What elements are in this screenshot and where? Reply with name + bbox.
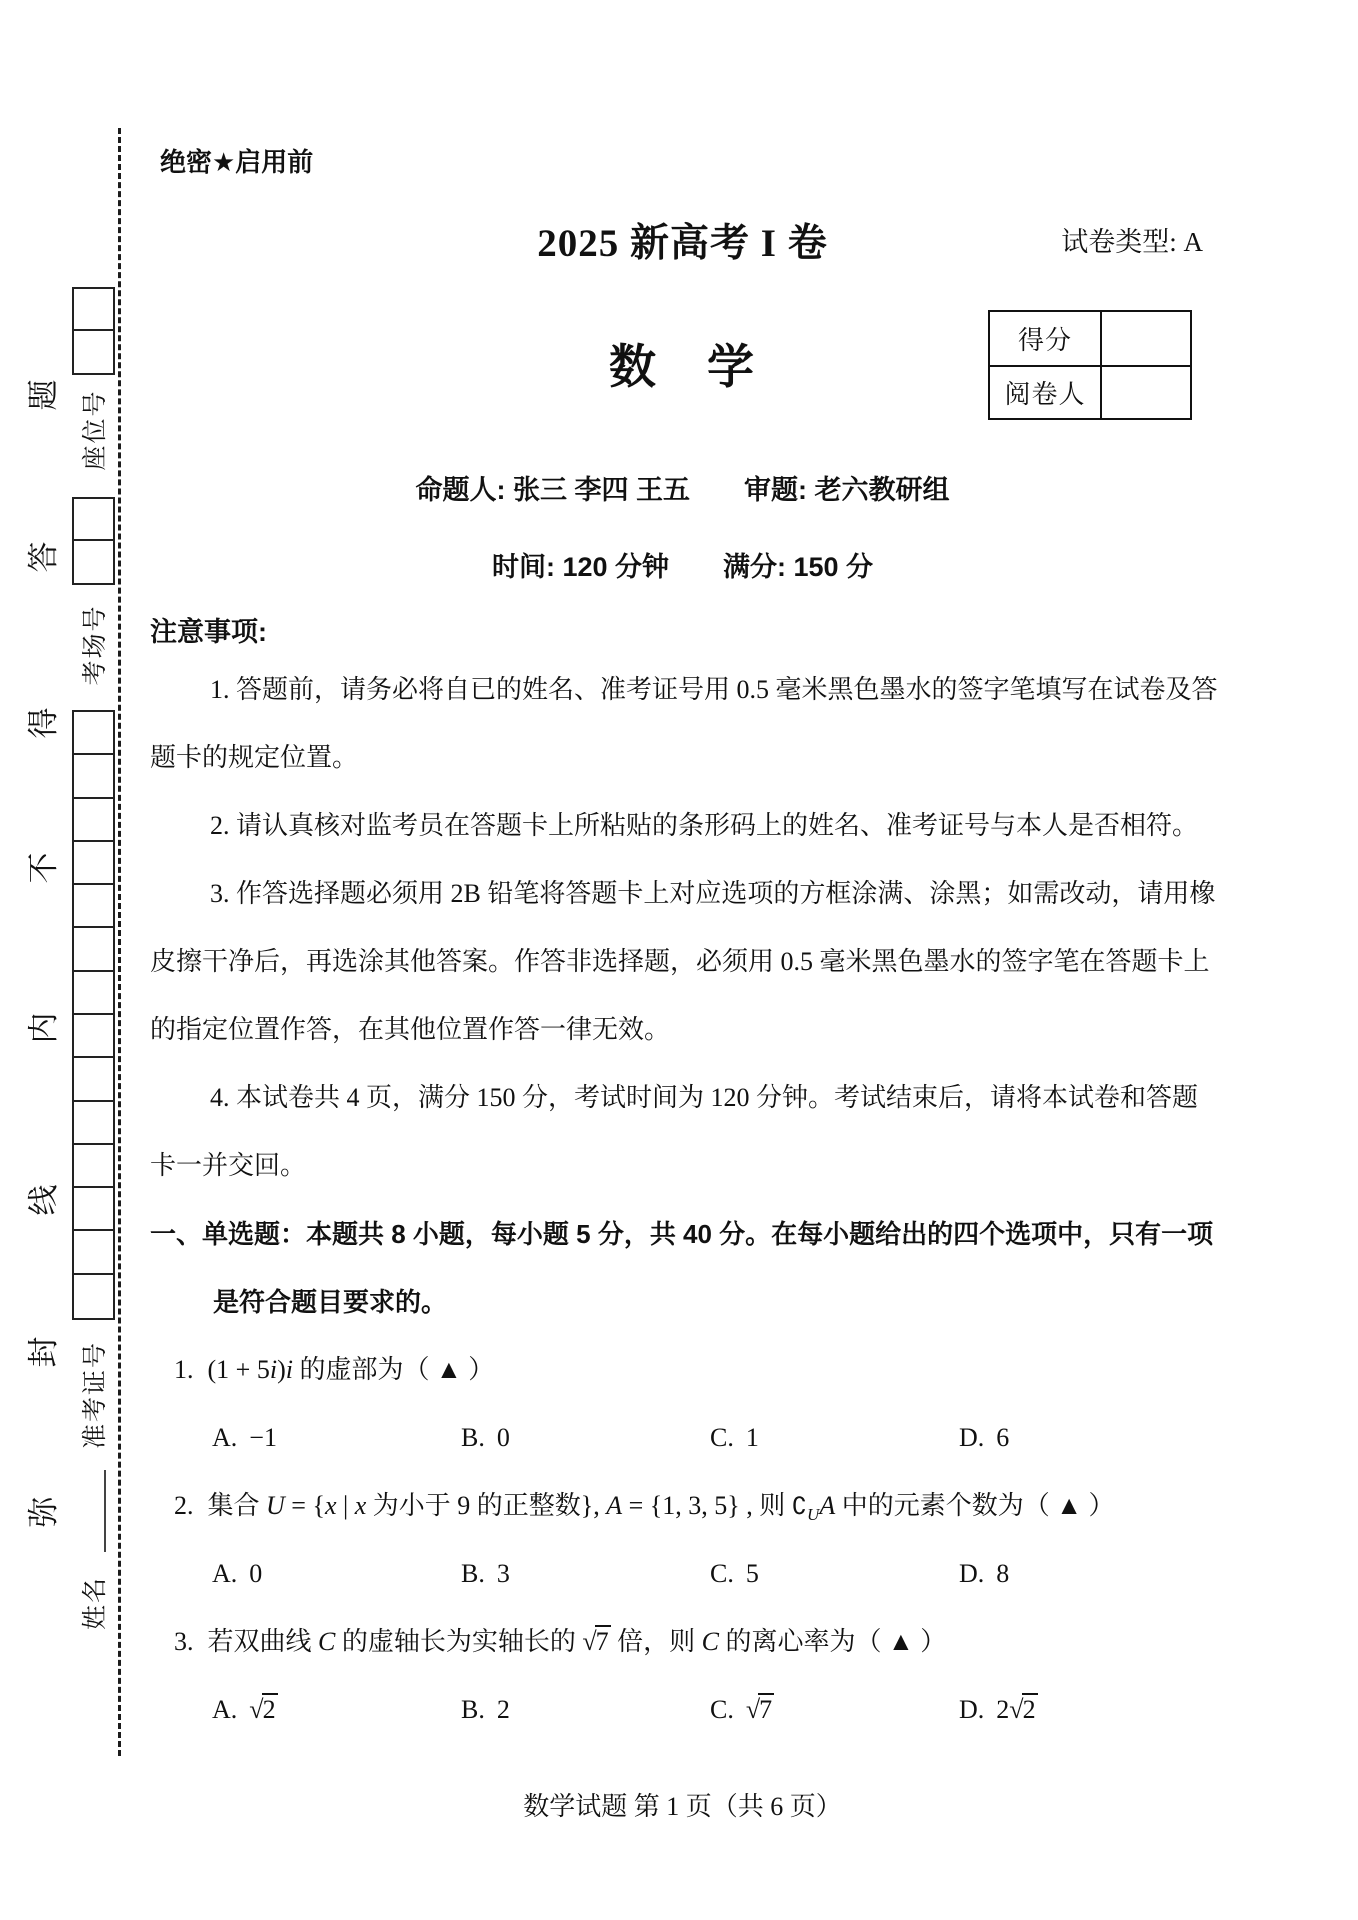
seal-char: 封 bbox=[20, 1332, 60, 1372]
question-1-stem: 1.(1 + 5i)i 的虚部为（ ▲ ） bbox=[150, 1336, 1218, 1404]
admission-number-boxes bbox=[72, 710, 115, 1320]
question-number: 3. bbox=[174, 1627, 194, 1656]
room-number-cell bbox=[74, 499, 113, 541]
authors-line: 命题人: 张三 李四 王五 审题: 老六教研组 bbox=[130, 468, 1235, 507]
option-c: C.5 bbox=[710, 1540, 959, 1608]
option-d: D.6 bbox=[959, 1404, 1009, 1472]
notes-title: 注意事项: bbox=[150, 610, 267, 649]
option-a: A.√2 bbox=[212, 1676, 461, 1744]
option-d: D.2√2 bbox=[959, 1676, 1038, 1744]
option-b: B.0 bbox=[461, 1404, 710, 1472]
seal-char: 不 bbox=[20, 848, 60, 888]
paper-type-label: 试卷类型: A bbox=[950, 220, 1203, 259]
room-number-label: 考场号 bbox=[78, 590, 108, 700]
duration-score-line: 时间: 120 分钟 满分: 150 分 bbox=[130, 545, 1235, 584]
score-value-cell bbox=[1102, 312, 1190, 365]
option-b: B.2 bbox=[461, 1676, 710, 1744]
question-stem-text: 若双曲线 C 的虚轴长为实轴长的 √7 倍，则 C 的离心率为（ ▲ ） bbox=[208, 1625, 947, 1656]
question-number: 2. bbox=[174, 1491, 194, 1520]
note-item-2: 2. 请认真核对监考员在答题卡上所粘贴的条形码上的姓名、准考证号与本人是否相符。 bbox=[150, 792, 1218, 860]
option-c: C.1 bbox=[710, 1404, 959, 1472]
seal-char: 内 bbox=[20, 1008, 60, 1048]
note-item-4: 4. 本试卷共 4 页，满分 150 分，考试时间为 120 分钟。考试结束后，… bbox=[150, 1064, 1218, 1200]
question-2-options: A.0 B.3 C.5 D.8 bbox=[150, 1540, 1218, 1608]
exam-paper-page: 题 答 得 不 内 线 封 弥 座位号 考场号 准考证号 姓名 绝密★启用前 2… bbox=[0, 0, 1358, 1920]
option-b: B.3 bbox=[461, 1540, 710, 1608]
admission-number-label: 准考证号 bbox=[78, 1325, 108, 1465]
classification-banner: 绝密★启用前 bbox=[160, 142, 313, 179]
score-table: 得分 阅卷人 bbox=[988, 310, 1192, 420]
question-2-stem: 2.集合 U = {x | x 为小于 9 的正整数}, A = {1, 3, … bbox=[150, 1472, 1218, 1540]
seal-char: 线 bbox=[20, 1180, 60, 1220]
question-1-options: A.−1 B.0 C.1 D.6 bbox=[150, 1404, 1218, 1472]
note-item-1: 1. 答题前，请务必将自已的姓名、准考证号用 0.5 毫米黑色墨水的签字笔填写在… bbox=[150, 656, 1218, 792]
seal-char: 得 bbox=[20, 703, 60, 743]
seat-number-cell bbox=[74, 289, 113, 331]
section-heading: 一、单选题：本题共 8 小题，每小题 5 分，共 40 分。在每小题给出的四个选… bbox=[150, 1200, 1218, 1336]
question-stem-text: 集合 U = {x | x 为小于 9 的正整数}, A = {1, 3, 5}… bbox=[208, 1491, 1115, 1520]
seat-number-label: 座位号 bbox=[78, 375, 108, 485]
question-number: 1. bbox=[174, 1355, 194, 1384]
option-a: A.0 bbox=[212, 1540, 461, 1608]
seal-char: 答 bbox=[20, 537, 60, 577]
option-a: A.−1 bbox=[212, 1404, 461, 1472]
question-stem-text: (1 + 5i)i 的虚部为（ ▲ ） bbox=[208, 1355, 495, 1384]
question-3-options: A.√2 B.2 C.√7 D.2√2 bbox=[150, 1676, 1218, 1744]
grader-value-cell bbox=[1102, 365, 1190, 418]
seal-dashed-line bbox=[118, 128, 121, 1756]
option-c: C.√7 bbox=[710, 1676, 959, 1744]
seat-number-cell bbox=[74, 331, 113, 373]
body-text: 1. 答题前，请务必将自已的姓名、准考证号用 0.5 毫米黑色墨水的签字笔填写在… bbox=[150, 656, 1218, 1744]
room-number-boxes bbox=[72, 497, 115, 585]
option-d: D.8 bbox=[959, 1540, 1009, 1608]
score-label: 得分 bbox=[990, 312, 1102, 365]
seal-char: 题 bbox=[20, 375, 60, 415]
room-number-cell bbox=[74, 541, 113, 583]
seal-char: 弥 bbox=[20, 1492, 60, 1532]
name-blank-line bbox=[104, 1470, 106, 1552]
note-item-3: 3. 作答选择题必须用 2B 铅笔将答题卡上对应选项的方框涂满、涂黑；如需改动，… bbox=[150, 860, 1218, 1064]
page-footer: 数学试题 第 1 页（共 6 页） bbox=[130, 1786, 1235, 1823]
question-3-stem: 3.若双曲线 C 的虚轴长为实轴长的 √7 倍，则 C 的离心率为（ ▲ ） bbox=[150, 1608, 1218, 1676]
seat-number-boxes bbox=[72, 287, 115, 375]
grader-label: 阅卷人 bbox=[990, 365, 1102, 418]
name-label: 姓名 bbox=[78, 1563, 108, 1643]
